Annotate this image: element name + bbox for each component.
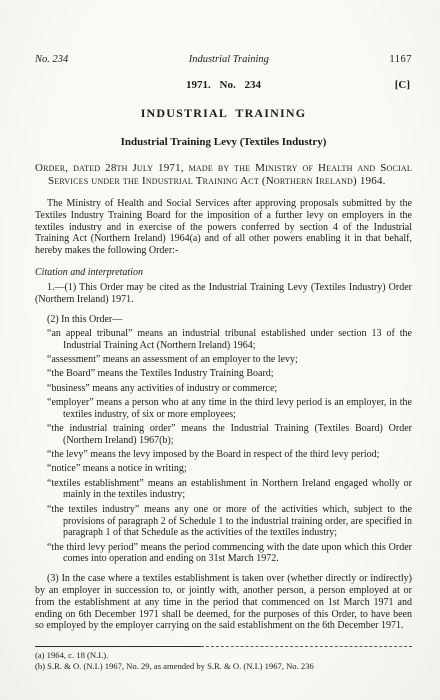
order-recital: Order, dated 28th July 1971, made by the… (35, 162, 412, 188)
definition-appeal-tribunal: “an appeal tribunal” means an industrial… (35, 328, 412, 352)
footnotes: (a) 1964, c. 18 (N.I.). (b) S.R. & O. (N… (35, 650, 412, 671)
running-title: Industrial Training (189, 54, 269, 65)
si-ref-left: No. 234 (35, 54, 68, 65)
paragraph-3: (3) In the case where a textiles establi… (35, 573, 412, 632)
preamble-paragraph: The Ministry of Health and Social Servic… (35, 198, 412, 257)
paragraph-2-intro: (2) In this Order— (35, 314, 412, 326)
footnote-rule (35, 646, 412, 647)
definition-business: “business” means any activities of indus… (35, 383, 412, 395)
definition-textiles-establishment: “textiles establishment” means an establ… (35, 478, 412, 502)
footnote-b: (b) S.R. & O. (N.I.) 1967, No. 29, as am… (35, 661, 412, 672)
section-heading-citation: Citation and interpretation (35, 267, 412, 278)
footnote-rule-solid (35, 646, 201, 647)
definition-third-levy-period: “the third levy period” means the period… (35, 542, 412, 566)
si-number: 1971. No. 234 (186, 79, 261, 91)
definition-the-board: “the Board” means the Textiles Industry … (35, 368, 412, 380)
main-title: INDUSTRIAL TRAINING (35, 106, 412, 121)
page-number: 1167 (389, 54, 412, 65)
definition-assessment: “assessment” means an assessment of an e… (35, 354, 412, 366)
definition-notice: “notice” means a notice in writing; (35, 463, 412, 475)
si-number-line: 1971. No. 234 [C] (35, 79, 412, 91)
definitions-list: “an appeal tribunal” means an industrial… (35, 328, 412, 565)
order-subtitle: Industrial Training Levy (Textiles Indus… (35, 136, 412, 148)
document-page: No. 234 Industrial Training 1167 1971. N… (0, 0, 440, 700)
definition-industrial-training-order: “the industrial training order” means th… (35, 423, 412, 447)
correction-mark: [C] (395, 79, 410, 91)
footnote-rule-dashed (201, 646, 412, 647)
footnote-a: (a) 1964, c. 18 (N.I.). (35, 650, 412, 661)
definition-textiles-industry: “the textiles industry” means any one or… (35, 504, 412, 539)
paragraph-1-1: 1.—(1) This Order may be cited as the In… (35, 282, 412, 306)
definition-employer: “employer” means a person who at any tim… (35, 397, 412, 421)
running-header: No. 234 Industrial Training 1167 (35, 54, 412, 65)
definition-the-levy: “the levy” means the levy imposed by the… (35, 449, 412, 461)
